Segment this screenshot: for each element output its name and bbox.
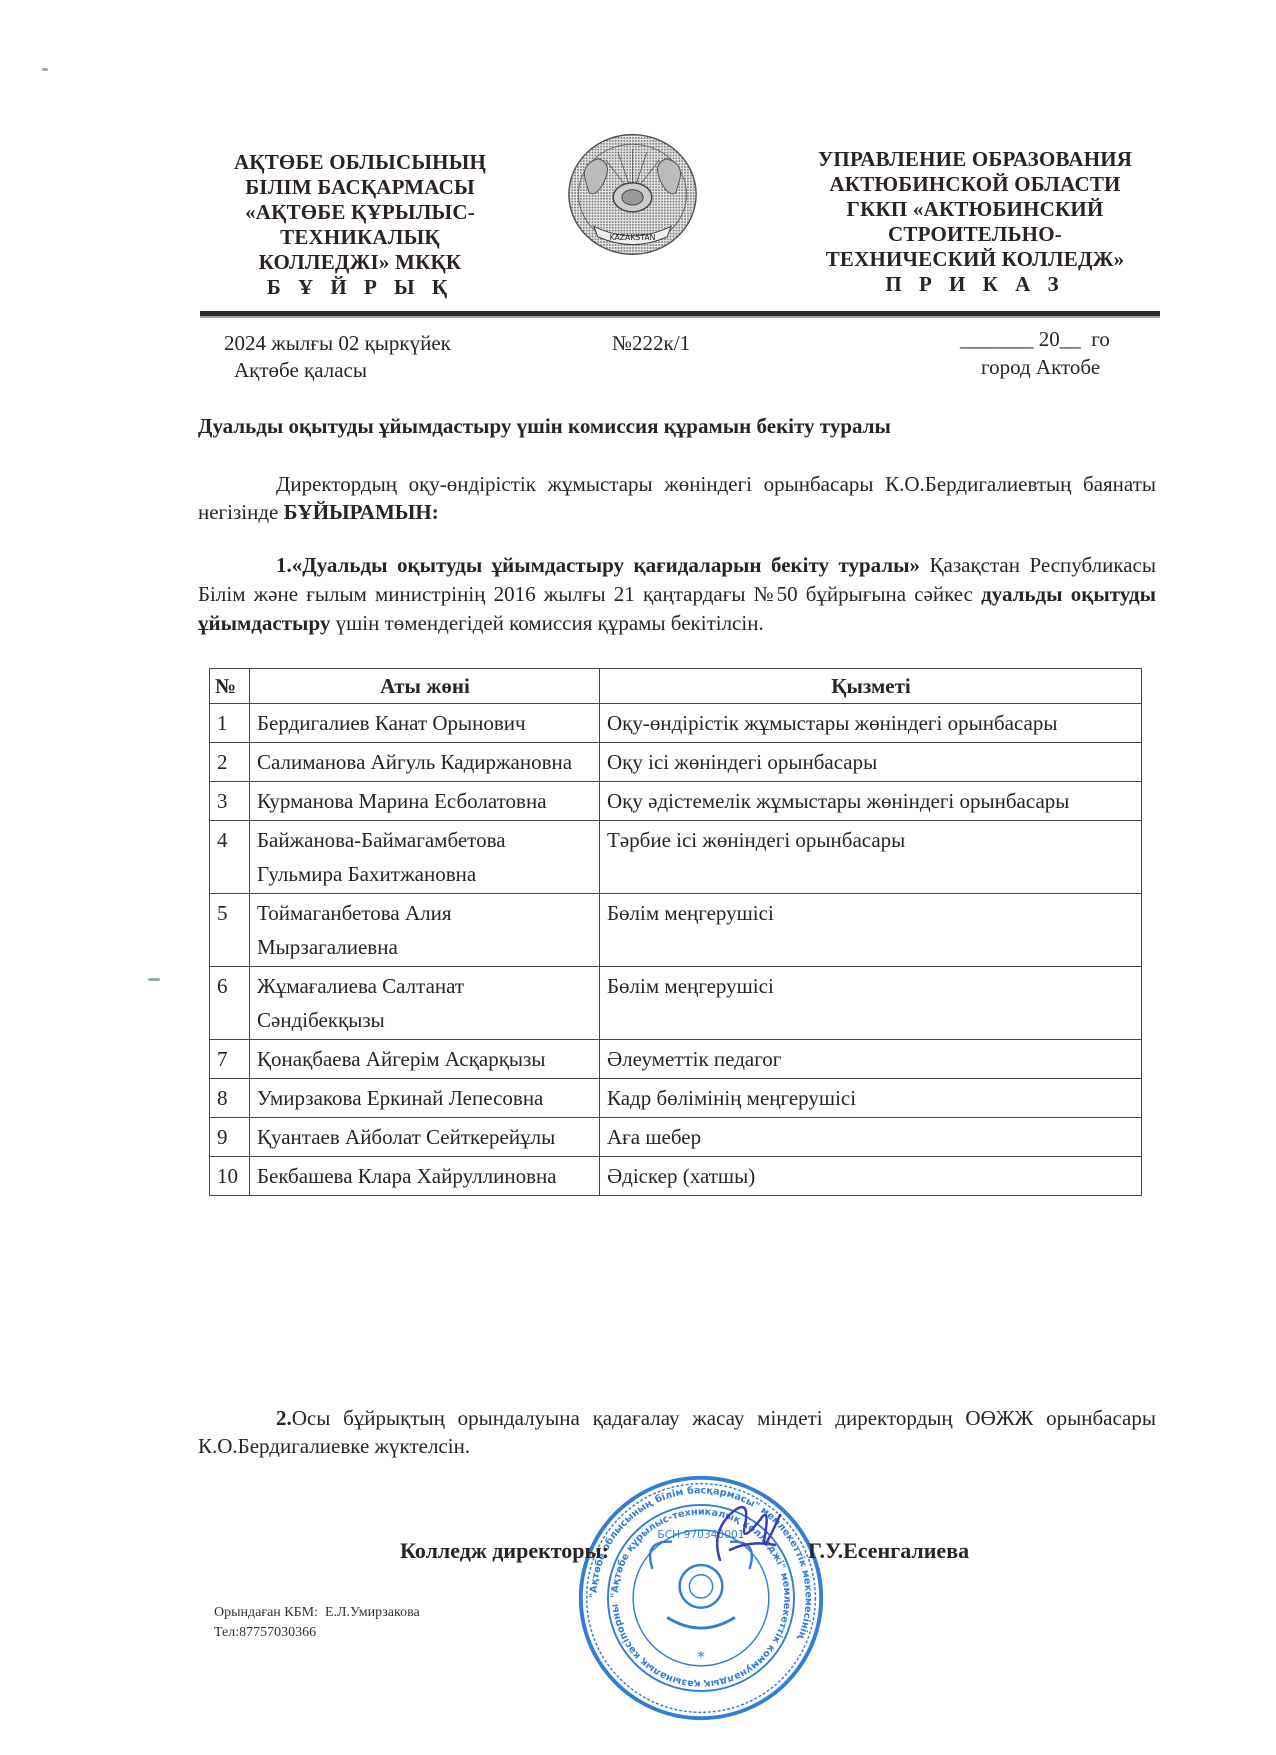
table-row: 1Бердигалиев Канат ОрыновичОқу-өндірісті… [210, 704, 1142, 743]
executor-phone: Тел:87757030366 [214, 1623, 420, 1643]
cell-name: Курманова Марина Есболатовна [250, 782, 600, 821]
header-org-ru: УПРАВЛЕНИЕ ОБРАЗОВАНИЯ АКТЮБИНСКОЙ ОБЛАС… [780, 147, 1170, 297]
cell-number: 2 [210, 743, 250, 782]
header-ru-line: ГККП «АКТЮБИНСКИЙ [780, 197, 1170, 222]
cell-number: 3 [210, 782, 250, 821]
table-body: 1Бердигалиев Канат ОрыновичОқу-өндірісті… [210, 704, 1142, 1196]
header-kz-line: БІЛІМ БАСҚАРМАСЫ [210, 175, 510, 200]
item-1-text-b: үшін төмендегідей комиссия құрамы бекіті… [330, 611, 763, 635]
cell-name: Бердигалиев Канат Орынович [250, 704, 600, 743]
cell-position: Кадр бөлімінің меңгерушісі [600, 1079, 1142, 1118]
cell-number: 8 [210, 1079, 250, 1118]
signature-icon [700, 1490, 800, 1580]
executor-name: Орындаған КБМ: Е.Л.Умирзакова [214, 1603, 420, 1623]
cell-number: 10 [210, 1157, 250, 1196]
table-row: 7Қонақбаева Айгерім АсқарқызыӘлеуметтік … [210, 1040, 1142, 1079]
svg-text:*: * [697, 1648, 705, 1666]
document-title: Дуальды оқытуды ұйымдастыру үшін комисси… [198, 414, 891, 439]
date-ru: _______ 20__ го [960, 326, 1110, 352]
cell-name: Жұмағалиева Салтанат Сәндібекқызы [250, 967, 600, 1040]
cell-position: Әлеуметтік педагог [600, 1040, 1142, 1079]
cell-number: 1 [210, 704, 250, 743]
cell-position: Бөлім меңгерушісі [600, 967, 1142, 1040]
date-kz: 2024 жылғы 02 қыркүйек [224, 330, 451, 356]
header-org-kz: АҚТӨБЕ ОБЛЫСЫНЫҢ БІЛІМ БАСҚАРМАСЫ «АҚТӨБ… [210, 150, 510, 300]
city-kz: Ақтөбе қаласы [234, 357, 367, 383]
table-row: 4Байжанова-Баймагамбетова Гульмира Бахит… [210, 821, 1142, 894]
cell-position: Оқу әдістемелік жұмыстары жөніндегі орын… [600, 782, 1142, 821]
header-ru-line: ТЕХНИЧЕСКИЙ КОЛЛЕДЖ» [780, 247, 1170, 272]
table-row: 3Курманова Марина ЕсболатовнаОқу әдістем… [210, 782, 1142, 821]
table-row: 5Тоймаганбетова Алия МырзагалиевнаБөлім … [210, 894, 1142, 967]
scan-artifact [42, 68, 48, 71]
city-ru: город Актобе [981, 354, 1100, 380]
item-1-rule-title: «Дуальды оқытуды ұйымдастыру қағидаларын… [292, 553, 920, 577]
table-row: 9Қуантаев Айболат СейткерейұлыАға шебер [210, 1118, 1142, 1157]
cell-number: 9 [210, 1118, 250, 1157]
table-row: 6Жұмағалиева Салтанат СәндібекқызыБөлім … [210, 967, 1142, 1040]
cell-name: Тоймаганбетова Алия Мырзагалиевна [250, 894, 600, 967]
table-header-row: № Аты жөні Қызметі [210, 669, 1142, 704]
cell-position: Оқу-өндірістік жұмыстары жөніндегі орынб… [600, 704, 1142, 743]
cell-position: Тәрбие ісі жөніндегі орынбасары [600, 821, 1142, 894]
col-header-no: № [210, 669, 250, 704]
table-row: 10Бекбашева Клара ХайруллиновнаӘдіскер (… [210, 1157, 1142, 1196]
cell-number: 6 [210, 967, 250, 1040]
item-1-number: 1. [276, 553, 292, 577]
state-emblem-icon: KAZAKSTAN [565, 125, 700, 260]
cell-position: Әдіскер (хатшы) [600, 1157, 1142, 1196]
header-kz-line: КОЛЛЕДЖІ» МКҚК [210, 250, 510, 275]
cell-position: Бөлім меңгерушісі [600, 894, 1142, 967]
col-header-position: Қызметі [600, 669, 1142, 704]
scan-artifact [148, 978, 160, 981]
header-kz-line: ТЕХНИКАЛЫҚ [210, 225, 510, 250]
item-1-paragraph: 1.«Дуальды оқытуды ұйымдастыру қағидалар… [198, 551, 1156, 638]
col-header-name: Аты жөні [250, 669, 600, 704]
item-2-number: 2. [276, 1406, 292, 1430]
header-ru-line: УПРАВЛЕНИЕ ОБРАЗОВАНИЯ [780, 147, 1170, 172]
cell-name: Қонақбаева Айгерім Асқарқызы [250, 1040, 600, 1079]
signer-name: Г.У.Есенгалиева [808, 1538, 969, 1564]
order-number: №222к/1 [612, 330, 690, 356]
header-ru-line: СТРОИТЕЛЬНО- [780, 222, 1170, 247]
executor-info: Орындаған КБМ: Е.Л.Умирзакова Тел:877570… [214, 1603, 420, 1643]
cell-number: 7 [210, 1040, 250, 1079]
cell-name: Салиманова Айгуль Кадиржановна [250, 743, 600, 782]
preamble-paragraph: Директордың оқу-өндірістік жұмыстары жөн… [198, 470, 1156, 526]
commission-table: № Аты жөні Қызметі 1Бердигалиев Канат Ор… [209, 668, 1142, 1196]
item-2-text: Осы бұйрықтың орындалуына қадағалау жаса… [198, 1406, 1156, 1458]
cell-name: Байжанова-Баймагамбетова Гульмира Бахитж… [250, 821, 600, 894]
cell-position: Аға шебер [600, 1118, 1142, 1157]
svg-text:KAZAKSTAN: KAZAKSTAN [610, 233, 656, 242]
cell-number: 5 [210, 894, 250, 967]
cell-name: Бекбашева Клара Хайруллиновна [250, 1157, 600, 1196]
header-divider [200, 311, 1160, 318]
header-ru-line: АКТЮБИНСКОЙ ОБЛАСТИ [780, 172, 1170, 197]
doc-type-ru: П Р И К А З [780, 272, 1170, 297]
table-row: 2Салиманова Айгуль КадиржановнаОқу ісі ж… [210, 743, 1142, 782]
cell-position: Оқу ісі жөніндегі орынбасары [600, 743, 1142, 782]
cell-number: 4 [210, 821, 250, 894]
table-row: 8Умирзакова Еркинай ЛепесовнаКадр бөлімі… [210, 1079, 1142, 1118]
doc-type-kz: Б Ұ Й Р Ы Қ [210, 275, 510, 300]
cell-name: Умирзакова Еркинай Лепесовна [250, 1079, 600, 1118]
cell-name: Қуантаев Айболат Сейткерейұлы [250, 1118, 600, 1157]
signer-role: Колледж директоры: [400, 1538, 609, 1564]
header-kz-line: АҚТӨБЕ ОБЛЫСЫНЫҢ [210, 150, 510, 175]
header-kz-line: «АҚТӨБЕ ҚҰРЫЛЫС- [210, 200, 510, 225]
item-2-paragraph: 2.Осы бұйрықтың орындалуына қадағалау жа… [198, 1404, 1156, 1460]
order-verb: БҰЙЫРАМЫН: [284, 500, 439, 524]
